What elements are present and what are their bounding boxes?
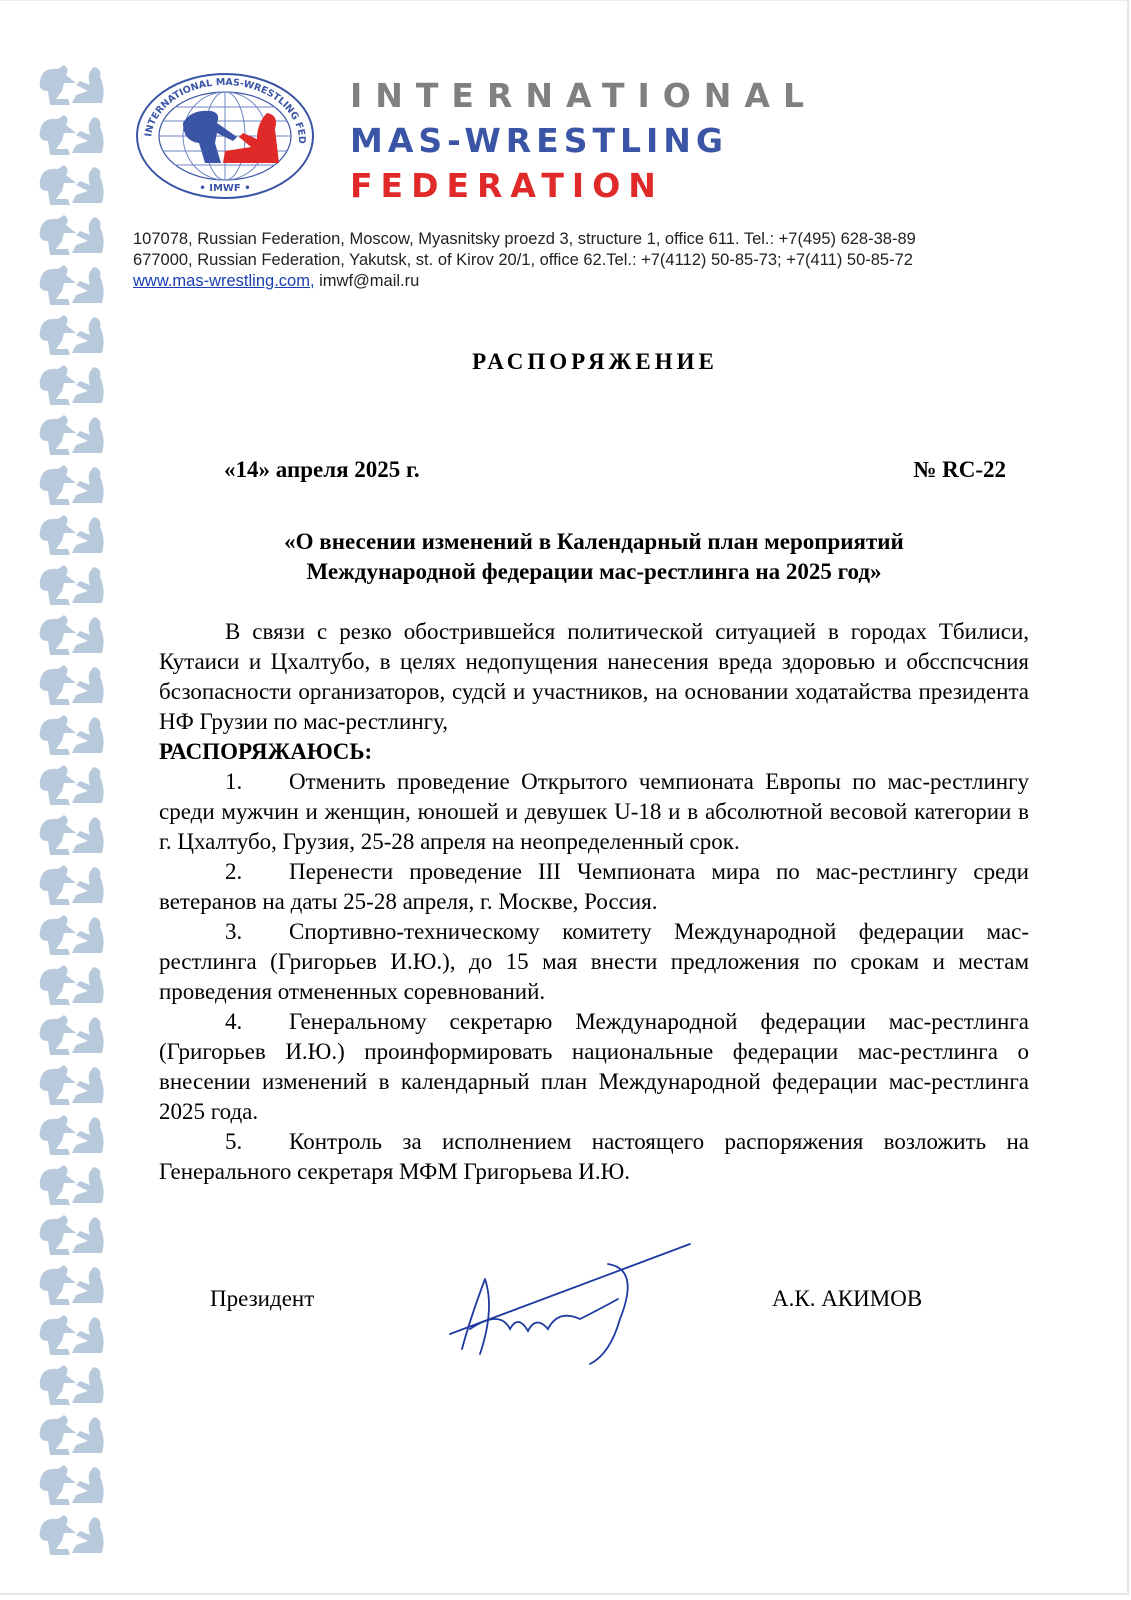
svg-text:• IMWF •: • IMWF • xyxy=(199,183,250,194)
order-item: 3.Спортивно-техническому комитету Междун… xyxy=(159,917,1029,1007)
subject-line-2: Международной федерации мас-рестлинга на… xyxy=(159,557,1029,587)
signer-name: А.К. АКИМОВ xyxy=(772,1286,922,1312)
email-text: imwf@mail.ru xyxy=(315,272,420,290)
address-moscow: 107078, Russian Federation, Moscow, Myas… xyxy=(133,229,916,250)
directive-heading: РАСПОРЯЖАЮСЬ: xyxy=(159,737,1029,767)
signature-icon xyxy=(440,1239,700,1374)
wrestler-silhouette-icon xyxy=(36,1111,108,1161)
wrestler-silhouette-icon xyxy=(36,211,108,261)
wrestler-silhouette-icon xyxy=(36,61,108,111)
wrestler-silhouette-icon xyxy=(36,1261,108,1311)
wrestler-silhouette-icon xyxy=(36,961,108,1011)
wrestler-silhouette-icon xyxy=(36,111,108,161)
wrestler-silhouette-icon xyxy=(36,711,108,761)
decorative-wrestler-strip xyxy=(36,61,108,1561)
document-page: • IMWF • INTERNATIONAL MAS-WRESTLING FED… xyxy=(0,0,1129,1595)
brand-line-mas-wrestling: MAS-WRESTLING xyxy=(350,118,817,163)
wrestler-silhouette-icon xyxy=(36,861,108,911)
brand-line-international: INTERNATIONAL xyxy=(350,73,817,118)
subject-line-1: «О внесении изменений в Календарный план… xyxy=(159,527,1029,557)
wrestler-silhouette-icon xyxy=(36,261,108,311)
document-number: № RC-22 xyxy=(913,457,1006,483)
wrestler-silhouette-icon xyxy=(36,811,108,861)
order-item: 4.Генеральному секретарю Международной ф… xyxy=(159,1007,1029,1127)
imwf-globe-logo-icon: • IMWF • INTERNATIONAL MAS-WRESTLING FED… xyxy=(133,71,318,201)
wrestler-silhouette-icon xyxy=(36,161,108,211)
document-date: «14» апреля 2025 г. xyxy=(224,457,420,483)
wrestler-silhouette-icon xyxy=(36,761,108,811)
signer-role: Президент xyxy=(210,1286,314,1312)
wrestler-silhouette-icon xyxy=(36,1061,108,1111)
document-title: РАСПОРЯЖЕНИЕ xyxy=(0,349,1131,375)
wrestler-silhouette-icon xyxy=(36,1311,108,1361)
order-item: 5.Контроль за исполнением настоящего рас… xyxy=(159,1127,1029,1187)
order-item: 1.Отменить проведение Открытого чемпиона… xyxy=(159,767,1029,857)
website-link[interactable]: www.mas-wrestling.com, xyxy=(133,272,315,290)
document-subject: «О внесении изменений в Календарный план… xyxy=(159,527,1029,587)
wrestler-silhouette-icon xyxy=(36,611,108,661)
wrestler-silhouette-icon xyxy=(36,1461,108,1511)
wrestler-silhouette-icon xyxy=(36,1161,108,1211)
wrestler-silhouette-icon xyxy=(36,461,108,511)
wrestler-silhouette-icon xyxy=(36,511,108,561)
wrestler-silhouette-icon xyxy=(36,1511,108,1561)
wrestler-silhouette-icon xyxy=(36,561,108,611)
federation-wordmark: INTERNATIONAL MAS-WRESTLING FEDERATION xyxy=(350,73,817,208)
wrestler-silhouette-icon xyxy=(36,911,108,961)
wrestler-silhouette-icon xyxy=(36,1211,108,1261)
wrestler-silhouette-icon xyxy=(36,1361,108,1411)
wrestler-silhouette-icon xyxy=(36,411,108,461)
document-body: В связи с резко обострившейся политическ… xyxy=(159,617,1029,1187)
letterhead-address-block: 107078, Russian Federation, Moscow, Myas… xyxy=(133,229,916,292)
preamble-paragraph: В связи с резко обострившейся политическ… xyxy=(159,617,1029,737)
wrestler-silhouette-icon xyxy=(36,661,108,711)
wrestler-silhouette-icon xyxy=(36,1011,108,1061)
brand-line-federation: FEDERATION xyxy=(350,163,817,208)
wrestler-silhouette-icon xyxy=(36,1411,108,1461)
address-yakutsk: 677000, Russian Federation, Yakutsk, st.… xyxy=(133,250,916,271)
order-item: 2.Перенести проведение III Чемпионата ми… xyxy=(159,857,1029,917)
